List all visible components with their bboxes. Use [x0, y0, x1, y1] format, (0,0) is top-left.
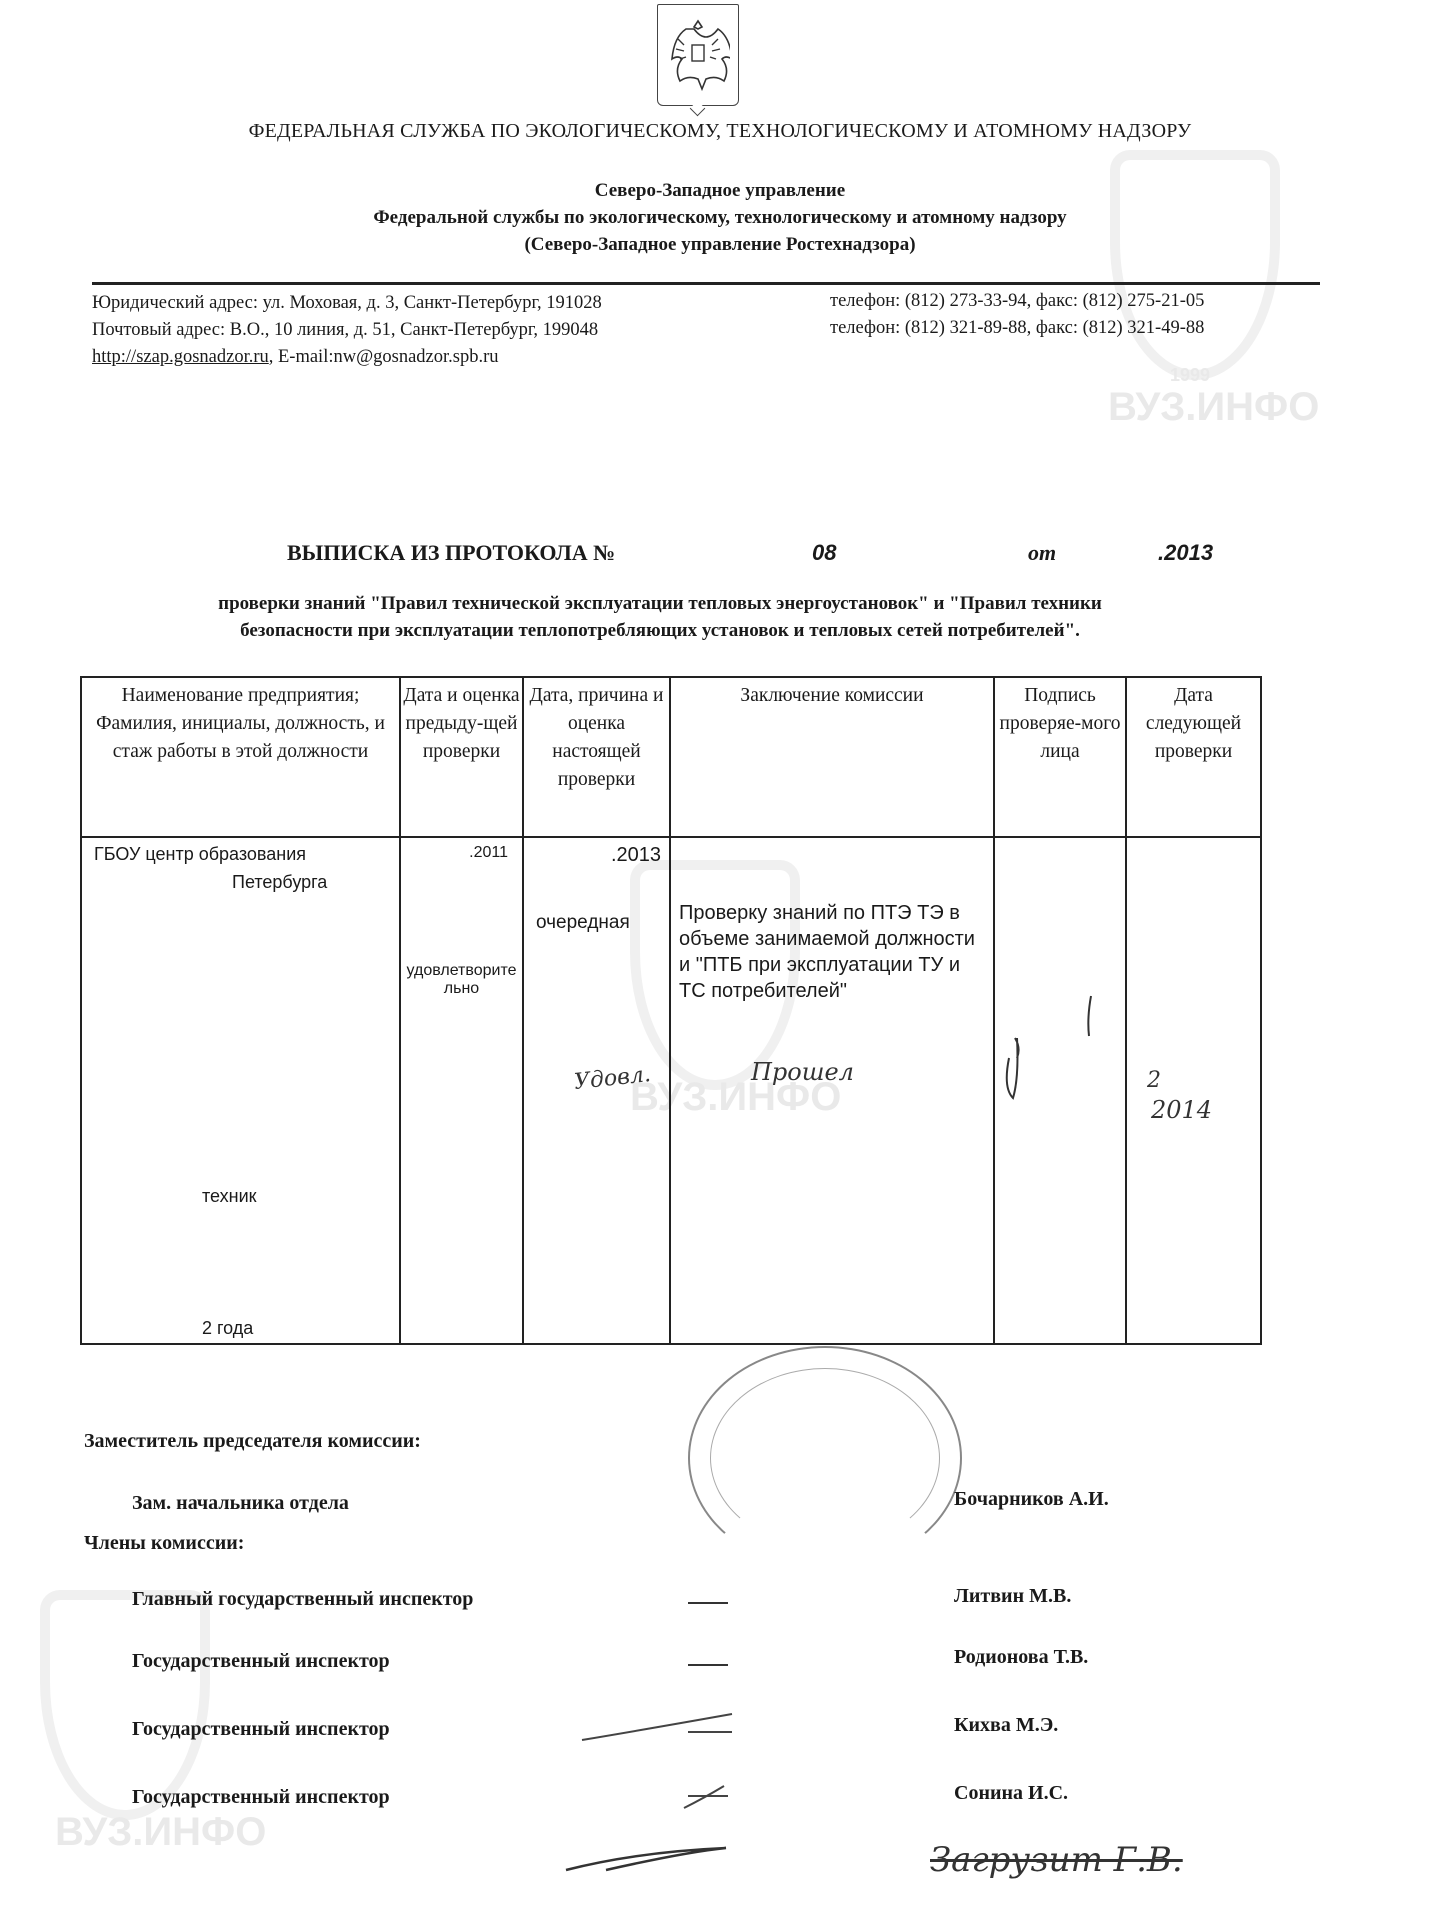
- protocol-from-label: от: [1028, 540, 1056, 566]
- org-line-2: Петербурга: [232, 872, 327, 893]
- address-block: Юридический адрес: ул. Моховая, д. 3, Са…: [92, 290, 602, 371]
- current-date: .2013: [611, 844, 661, 867]
- members-label: Члены комиссии:: [84, 1532, 244, 1555]
- department-line-1: Северо-Западное управление: [0, 180, 1440, 202]
- deputy-position: Зам. начальника отдела: [132, 1492, 349, 1515]
- agency-name: ФЕДЕРАЛЬНАЯ СЛУЖБА ПО ЭКОЛОГИЧЕСКОМУ, ТЕ…: [0, 120, 1440, 143]
- signature-scribble-4-icon: [680, 1782, 740, 1812]
- protocol-title: ВЫПИСКА ИЗ ПРОТОКОЛА №: [287, 540, 615, 566]
- header-previous-check: Дата и оценка предыду-щей проверки: [400, 677, 523, 837]
- header-current-check: Дата, причина и оценка настоящей проверк…: [523, 677, 670, 837]
- cell-previous-check: .2011 удовлетворительно: [400, 837, 523, 1344]
- deputy-name: Бочарников А.И.: [954, 1488, 1109, 1511]
- subtitle-line-2: безопасности при эксплуатации теплопотре…: [70, 617, 1250, 644]
- conclusion-text: Проверку знаний по ПТЭ ТЭ в объеме заним…: [679, 900, 987, 1004]
- coat-of-arms-icon: [657, 4, 739, 106]
- signature-line-1: [688, 1602, 728, 1604]
- experience: 2 года: [202, 1318, 253, 1339]
- watermark-text: ВУЗ.ИНФО: [1108, 385, 1319, 430]
- next-date-handwritten-2: 2014: [1151, 1096, 1212, 1124]
- phone-1: телефон: (812) 273-33-94, факс: (812) 27…: [830, 288, 1204, 315]
- member-position-1: Главный государственный инспектор: [132, 1588, 473, 1611]
- table-header-row: Наименование предприятия; Фамилия, иници…: [81, 677, 1261, 837]
- cell-current-check: .2013 очередная Удовл.: [523, 837, 670, 1344]
- watermark-text-bottom: ВУЗ.ИНФО: [55, 1810, 266, 1855]
- postal-address: Почтовый адрес: В.О., 10 линия, д. 51, С…: [92, 317, 602, 344]
- results-table: Наименование предприятия; Фамилия, иници…: [80, 676, 1262, 1345]
- protocol-date: .2013: [1158, 540, 1213, 566]
- member-name-4: Сонина И.С.: [954, 1782, 1068, 1805]
- watermark-year: 1999: [1170, 365, 1210, 386]
- header-next-check: Дата следующей проверки: [1126, 677, 1261, 837]
- cell-employee: ГБОУ центр образования Петербурга техник…: [81, 837, 400, 1344]
- subtitle-line-1: проверки знаний "Правил технической эксп…: [70, 590, 1250, 617]
- current-grade-handwritten: Удовл.: [573, 1062, 652, 1095]
- signature-scribble-3-icon: [578, 1710, 738, 1750]
- header-conclusion: Заключение комиссии: [670, 677, 994, 837]
- header-signature: Подпись проверяе-мого лица: [994, 677, 1126, 837]
- previous-date: .2011: [469, 844, 508, 862]
- official-stamp-icon: [688, 1346, 962, 1570]
- member-position-4: Государственный инспектор: [132, 1786, 390, 1809]
- org-line-1: ГБОУ центр образования: [94, 844, 306, 865]
- protocol-subtitle: проверки знаний "Правил технической эксп…: [70, 590, 1250, 644]
- examinee-signature-icon: [995, 988, 1127, 1108]
- department-line-2: Федеральной службы по экологическому, те…: [0, 207, 1440, 229]
- table-row: ГБОУ центр образования Петербурга техник…: [81, 837, 1261, 1344]
- header-employee: Наименование предприятия; Фамилия, иници…: [81, 677, 400, 837]
- next-date-handwritten-1: 2: [1147, 1068, 1161, 1093]
- website-link[interactable]: http://szap.gosnadzor.ru: [92, 347, 269, 367]
- member-name-1: Литвин М.В.: [954, 1585, 1071, 1608]
- member-name-2: Родионова Т.В.: [954, 1646, 1088, 1669]
- protocol-number: 08: [812, 540, 836, 566]
- header-divider: [92, 282, 1320, 285]
- cell-next-check: 2 2014: [1126, 837, 1261, 1344]
- position: техник: [202, 1186, 257, 1207]
- member-position-2: Государственный инспектор: [132, 1650, 390, 1673]
- cell-conclusion: Проверку знаний по ПТЭ ТЭ в объеме заним…: [670, 837, 994, 1344]
- department-line-3: (Северо-Западное управление Ростехнадзор…: [0, 234, 1440, 256]
- previous-grade: удовлетворительно: [405, 962, 518, 998]
- conclusion-handwritten: Прошел: [751, 1058, 854, 1086]
- signature-scribble-5-icon: [560, 1830, 740, 1880]
- legal-address: Юридический адрес: ул. Моховая, д. 3, Са…: [92, 290, 602, 317]
- member-name-3: Кихва М.Э.: [954, 1714, 1058, 1737]
- signature-line-2: [688, 1664, 728, 1666]
- member-position-3: Государственный инспектор: [132, 1718, 390, 1741]
- handwritten-extra-name: Загрузит Г.В.: [930, 1840, 1183, 1880]
- phone-block: телефон: (812) 273-33-94, факс: (812) 27…: [830, 288, 1204, 342]
- phone-2: телефон: (812) 321-89-88, факс: (812) 32…: [830, 315, 1204, 342]
- current-reason: очередная: [536, 912, 630, 934]
- deputy-chair-label: Заместитель председателя комиссии:: [84, 1430, 421, 1453]
- cell-signature: [994, 837, 1126, 1344]
- email: , E-mail:nw@gosnadzor.spb.ru: [269, 347, 499, 367]
